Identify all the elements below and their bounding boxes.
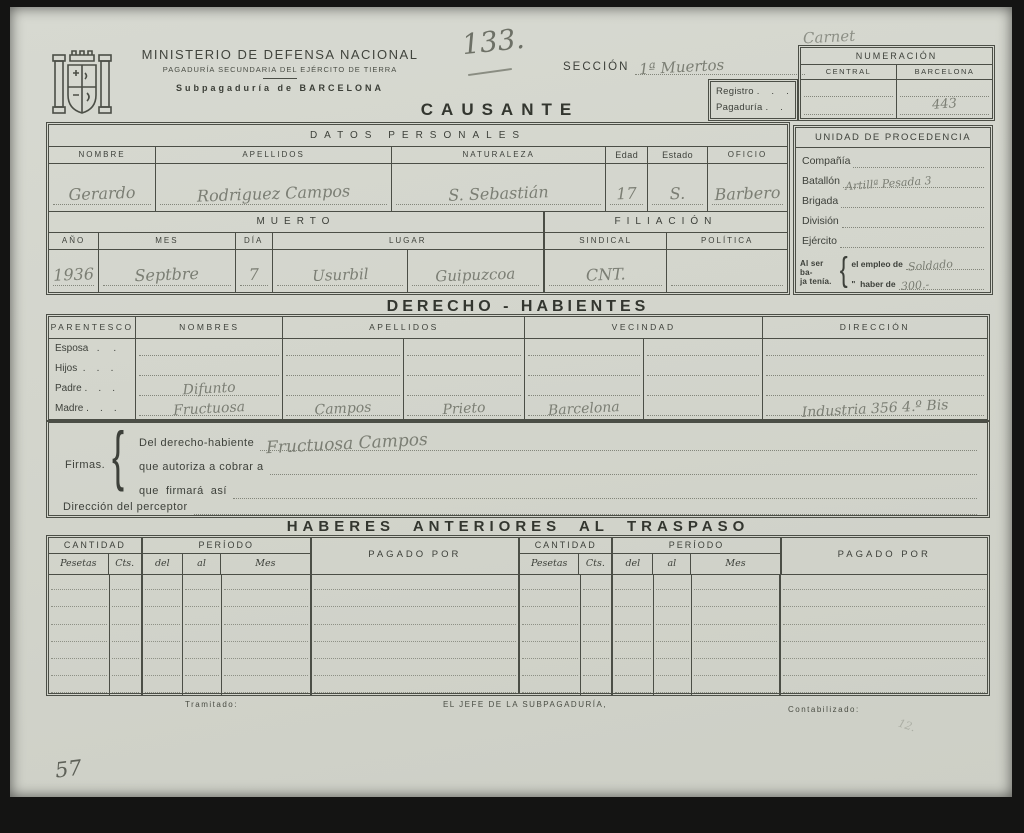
- brigada-row: Brigada: [796, 188, 990, 208]
- sheet-number-handwritten: 57: [54, 755, 83, 782]
- faint-pencil-mark: 12.: [896, 717, 917, 735]
- ano-label: AÑO: [49, 233, 98, 250]
- filiacion-title: FILIACIÓN: [545, 212, 787, 232]
- politica-label: POLÍTICA: [667, 233, 787, 250]
- haberes-body: [49, 575, 518, 695]
- ejercito-row: Ejército: [796, 228, 990, 248]
- pagaduria-label: Pagaduría . .: [716, 100, 795, 116]
- cantidad-header: CANTIDAD: [49, 538, 141, 554]
- datos-personales-columns: NOMBRE Gerardo APELLIDOS Rodriguez Campo…: [49, 147, 787, 212]
- haber-label: " haber de: [851, 279, 895, 290]
- haberes-empty-row: [520, 609, 987, 626]
- table-row: Hijos . . .: [49, 359, 987, 379]
- direccion-header: DIRECCIÓN: [763, 317, 987, 338]
- derecho-habientes-header: PARENTESCO NOMBRES APELLIDOS VECINDAD DI…: [49, 317, 987, 339]
- seccion-value-handwritten: 1ª Muertos: [639, 56, 725, 78]
- doc-number-underline: [468, 68, 512, 76]
- ejercito-label: Ejército: [802, 235, 837, 248]
- table-row: Madre . . . Fructuosa Campos Prieto Barc…: [49, 399, 987, 419]
- dia-value-handwritten: 7: [235, 264, 272, 284]
- dia-label: DÍA: [236, 233, 272, 250]
- haberes-empty-row: [49, 609, 518, 626]
- apellidos-header: APELLIDOS: [283, 317, 525, 338]
- doc-number-handwritten: 133.: [460, 22, 525, 61]
- ministry-heading: MINISTERIO DE DEFENSA NACIONAL PAGADURÍA…: [115, 47, 445, 93]
- estado-label: Estado: [648, 147, 707, 164]
- estado-value-handwritten: S.: [648, 183, 707, 204]
- numeracion-title: NUMERACIÓN: [801, 48, 992, 65]
- mes-header: Mes: [691, 554, 779, 574]
- al-header: al: [653, 554, 691, 574]
- madre-direccion-handwritten: Industria 356 4.º Bis: [763, 395, 988, 423]
- unidad-procedencia-box: UNIDAD DE PROCEDENCIA Compañía Batallón …: [795, 127, 991, 293]
- madre-apellido1-handwritten: Campos: [283, 398, 404, 420]
- numeracion-barcelona-cells: 443: [897, 80, 992, 119]
- contabilizado-label: Contabilizado:: [788, 705, 860, 714]
- ministry-title: MINISTERIO DE DEFENSA NACIONAL: [115, 47, 445, 62]
- jefe-subpagaduria-label: EL JEFE DE LA SUBPAGADURÍA,: [425, 700, 625, 709]
- nombre-label: NOMBRE: [49, 147, 155, 164]
- haberes-empty-row: [49, 627, 518, 644]
- haberes-empty-row: [49, 661, 518, 678]
- naturaleza-column: NATURALEZA S. Sebastián: [392, 147, 606, 211]
- del-header: del: [613, 554, 653, 574]
- seccion-line: 1ª Muertos: [635, 56, 805, 75]
- numeracion-box: NUMERACIÓN CENTRAL BARCELONA 443: [800, 47, 993, 119]
- compania-row: Compañía: [796, 148, 990, 168]
- sindical-value-handwritten: CNT.: [545, 263, 667, 286]
- cantidad-header: CANTIDAD: [520, 538, 611, 554]
- mes-label: MES: [99, 233, 235, 250]
- oficio-column: OFICIO Barbero: [708, 147, 787, 211]
- haberes-empty-row: [49, 592, 518, 609]
- haberes-body: [520, 575, 987, 695]
- mes-header: Mes: [221, 554, 309, 574]
- haberes-table: CANTIDAD Pesetas Cts. PERÍODO del al Mes: [48, 537, 988, 694]
- numeracion-columns: CENTRAL BARCELONA: [801, 65, 992, 80]
- periodo-header: PERÍODO: [143, 538, 310, 554]
- mes-column: MES Septbre: [99, 233, 236, 292]
- vecindad-header: VECINDAD: [525, 317, 762, 338]
- form-paper: MINISTERIO DE DEFENSA NACIONAL PAGADURÍA…: [10, 7, 1012, 797]
- empleo-label: el empleo de: [851, 259, 903, 270]
- compania-label: Compañía: [802, 155, 850, 168]
- mes-value-handwritten: Septbre: [99, 263, 235, 287]
- causante-title: CAUSANTE: [350, 100, 650, 120]
- pagado-por-header: PAGADO POR: [312, 538, 518, 572]
- haberes-empty-row: [49, 644, 518, 661]
- seccion-field: SECCIÓN 1ª Muertos: [563, 56, 805, 75]
- sindical-label: SINDICAL: [545, 233, 667, 250]
- muerto-filiacion-titles: MUERTO FILIACIÓN: [49, 212, 787, 233]
- numeracion-barcelona-label: BARCELONA: [897, 65, 992, 79]
- empleo-row: el empleo de Soldado: [849, 250, 986, 270]
- sindical-column: SINDICAL CNT.: [545, 233, 668, 292]
- madre-apellido2-handwritten: Prieto: [404, 398, 525, 420]
- haberes-title: HABERES ANTERIORES AL TRASPASO: [48, 518, 988, 535]
- baja-label: Al ser ba- ja tenía.: [800, 250, 838, 293]
- firmas-brace: {: [112, 417, 124, 493]
- registro-box: Registro . . . Pagaduría . .: [710, 81, 796, 119]
- del-header: del: [143, 554, 183, 574]
- scanned-document-photo: MINISTERIO DE DEFENSA NACIONAL PAGADURÍA…: [0, 0, 1024, 833]
- firmas-line1: Del derecho-habiente Fructuosa Campos: [139, 427, 977, 451]
- haberes-empty-row: [520, 678, 987, 695]
- table-row: Padre . . . Difunto: [49, 379, 987, 399]
- pesetas-header: Pesetas: [520, 554, 579, 574]
- haberes-empty-row: [520, 661, 987, 678]
- haberes-empty-row: [520, 644, 987, 661]
- edad-value-handwritten: 17: [606, 183, 648, 203]
- al-ser-baja-block: Al ser ba- ja tenía. { el empleo de Sold…: [796, 248, 990, 293]
- datos-personales-title: DATOS PERSONALES: [49, 125, 787, 147]
- haberes-left-half: CANTIDAD Pesetas Cts. PERÍODO del al Mes: [49, 538, 518, 693]
- edad-column: Edad 17: [606, 147, 648, 211]
- numeracion-central-label: CENTRAL: [801, 65, 897, 79]
- firmas-box: Firmas. { Del derecho-habiente Fructuosa…: [48, 422, 988, 516]
- haberes-empty-row: [49, 575, 518, 592]
- nombre-value-handwritten: Gerardo: [49, 182, 156, 205]
- haberes-right-half: CANTIDAD Pesetas Cts. PERÍODO del al Mes: [518, 538, 987, 693]
- nombres-header: NOMBRES: [136, 317, 283, 338]
- nombre-column: NOMBRE Gerardo: [49, 147, 156, 211]
- lugar-values: Usurbil Guipuzcoa: [273, 250, 543, 292]
- lugar-provincia-handwritten: Guipuzcoa: [408, 264, 543, 287]
- batallon-label: Batallón: [802, 175, 840, 188]
- muerto-title: MUERTO: [49, 212, 545, 232]
- estado-column: Estado S.: [648, 147, 708, 211]
- parentesco-header: PARENTESCO: [49, 317, 136, 338]
- division-row: División: [796, 208, 990, 228]
- carnet-note-handwritten: Carnet: [803, 27, 856, 48]
- heading-divider: [263, 78, 297, 79]
- haberes-empty-row: [49, 678, 518, 695]
- madre-nombres-handwritten: Fructuosa: [136, 397, 283, 421]
- batallon-row: Batallón Artillª Pesada 3: [796, 168, 990, 188]
- datos-personales-box: DATOS PERSONALES NOMBRE Gerardo APELLIDO…: [48, 124, 788, 293]
- haberes-header: CANTIDAD Pesetas Cts. PERÍODO del al Mes: [49, 538, 518, 575]
- ministry-office: Subpagaduría de BARCELONA: [115, 83, 445, 93]
- edad-label: Edad: [606, 147, 647, 164]
- cts-header: Cts.: [109, 554, 141, 574]
- pagado-por-header: PAGADO POR: [782, 538, 987, 572]
- lugar-column: LUGAR Usurbil Guipuzcoa: [273, 233, 545, 292]
- ano-column: AÑO 1936: [49, 233, 99, 292]
- naturaleza-value-handwritten: S. Sebastián: [392, 180, 606, 206]
- apellidos-column: APELLIDOS Rodriguez Campos: [156, 147, 392, 211]
- haberes-empty-row: [520, 592, 987, 609]
- ministry-dept: PAGADURÍA SECUNDARIA DEL EJÉRCITO DE TIE…: [115, 65, 445, 74]
- pesetas-header: Pesetas: [49, 554, 109, 574]
- haber-value-handwritten: 300.-: [900, 278, 929, 293]
- muerto-filiacion-grid: AÑO 1936 MES Septbre DÍA 7 LUGAR: [49, 233, 787, 292]
- politica-column: POLÍTICA: [667, 233, 787, 292]
- naturaleza-label: NATURALEZA: [392, 147, 605, 164]
- madre-vecindad-handwritten: Barcelona: [525, 398, 643, 420]
- periodo-header: PERÍODO: [613, 538, 779, 554]
- al-header: al: [183, 554, 221, 574]
- tramitado-label: Tramitado:: [185, 700, 238, 709]
- haber-row: " haber de 300.-: [849, 270, 986, 290]
- registro-label: Registro . . .: [716, 84, 795, 100]
- seccion-label: SECCIÓN: [563, 61, 629, 75]
- unidad-title: UNIDAD DE PROCEDENCIA: [796, 128, 990, 148]
- numeracion-central-cells: [801, 80, 897, 119]
- firmas-label: Firmas.: [65, 459, 105, 471]
- dia-column: DÍA 7: [236, 233, 273, 292]
- haberes-empty-row: [520, 627, 987, 644]
- division-label: División: [802, 215, 839, 228]
- coat-of-arms: [52, 43, 112, 123]
- apellidos-label: APELLIDOS: [156, 147, 391, 164]
- derecho-habientes-table: PARENTESCO NOMBRES APELLIDOS VECINDAD DI…: [48, 316, 988, 420]
- cts-header: Cts.: [579, 554, 611, 574]
- table-row: Esposa . .: [49, 339, 987, 359]
- haberes-header: CANTIDAD Pesetas Cts. PERÍODO del al Mes: [520, 538, 987, 575]
- perceptor-line: Dirección del perceptor: [63, 495, 977, 515]
- ano-value-handwritten: 1936: [49, 264, 99, 285]
- derecho-habientes-title: DERECHO - HABIENTES: [48, 298, 988, 316]
- brigada-label: Brigada: [802, 195, 838, 208]
- haberes-empty-row: [520, 575, 987, 592]
- oficio-label: OFICIO: [708, 147, 787, 164]
- firmas-line2: que autoriza a cobrar a: [139, 451, 977, 475]
- oficio-value-handwritten: Barbero: [708, 183, 788, 205]
- numeracion-body: 443: [801, 80, 992, 119]
- lugar-pueblo-handwritten: Usurbil: [272, 264, 407, 287]
- lugar-label: LUGAR: [273, 233, 543, 250]
- baja-brace: {: [840, 250, 848, 293]
